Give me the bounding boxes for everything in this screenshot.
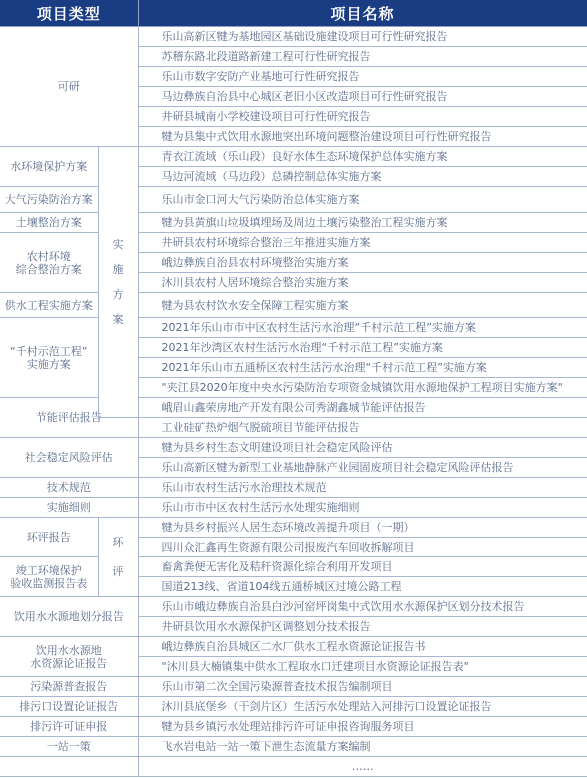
vertical-char: 评 xyxy=(113,565,124,578)
project-name: 马边河流域（马边段）总磷控制总体实施方案 xyxy=(138,167,587,187)
vertical-char: 案 xyxy=(113,313,124,326)
table-row: 排污许可证申报 犍为县乡镇污水处理站排污许可证申报咨询服务项目 xyxy=(0,717,587,737)
table-row: 社会稳定风险评估 犍为县乡村生态文明建设项目社会稳定风险评估 xyxy=(0,438,587,458)
table-row: 供水工程实施方案 犍为县农村饮水安全保障工程实施方案 xyxy=(0,293,587,318)
category-eia-report: 环评报告 xyxy=(0,518,98,557)
table-row: 可研 乐山高新区犍为基地园区基础设施建设项目可行性研究报告 xyxy=(0,27,587,47)
project-name: 飞水岩电站一站一策下泄生态流量方案编制 xyxy=(138,737,587,757)
table-row: 水环境保护方案 实 施 方 案 青衣江流域（乐山段）良好水体生态环境保护总体实施… xyxy=(0,147,587,167)
table-row: 环评报告 环 评 犍为县乡村振兴人居生态环境改善提升项目（一期） xyxy=(0,518,587,538)
category-label-line: 饮用水水源地 xyxy=(0,644,138,657)
project-name: 马边彝族自治县中心城区老旧小区改造项目可行性研究报告 xyxy=(138,87,587,107)
project-name: "夹江县2020年度中央水污染防治专项资金城镇饮用水源地保护工程项目实施方案" xyxy=(138,378,587,398)
category-water-resource-demonstration: 饮用水水源地 水资源论证报告 xyxy=(0,637,138,677)
category-feasibility: 可研 xyxy=(0,27,138,147)
category-label-line: “千村示范工程” xyxy=(0,345,98,358)
vertical-char: 施 xyxy=(113,263,124,276)
group-implementation-plan: 实 施 方 案 xyxy=(98,147,138,418)
header-project-name: 项目名称 xyxy=(138,0,587,27)
category-thousand-village: “千村示范工程” 实施方案 xyxy=(0,318,98,398)
project-name: 畜禽粪便无害化及秸秆资源化综合利用开发项目 xyxy=(138,557,587,577)
table-row: 农村环境 综合整治方案 井研县农村环境综合整治三年推进实施方案 xyxy=(0,233,587,253)
table-row: 一站一策 飞水岩电站一站一策下泄生态流量方案编制 xyxy=(0,737,587,757)
category-rural-environment: 农村环境 综合整治方案 xyxy=(0,233,98,293)
vertical-char: 实 xyxy=(113,238,124,251)
project-name: 乐山市第二次全国污染源普查技术报告编制项目 xyxy=(138,677,587,697)
project-name: 井研县城南小学校建设项目可行性研究报告 xyxy=(138,107,587,127)
project-name: 乐山高新区犍为新型工业基地静脉产业园固废项目社会稳定风险评估报告 xyxy=(138,458,587,478)
group-eia: 环 评 xyxy=(98,518,138,597)
project-name: 峨边彝族自治县农村环境整治实施方案 xyxy=(138,253,587,273)
project-name: 2021年沙湾区农村生活污水治理“千村示范工程”实施方案 xyxy=(138,338,587,358)
category-label-line: 水资源论证报告 xyxy=(0,657,138,670)
project-name: 苏稽东路北段道路新建工程可行性研究报告 xyxy=(138,47,587,67)
category-outfall-demonstration: 排污口设置论证报告 xyxy=(0,697,138,717)
category-energy-assessment: 节能评估报告 xyxy=(0,398,138,438)
table-row: “千村示范工程” 实施方案 2021年乐山市市中区农村生活污水治理“千村示范工程… xyxy=(0,318,587,338)
project-name: 井研县饮用水水源保护区调整划分技术报告 xyxy=(138,617,587,637)
project-name: 犍为县乡村振兴人居生态环境改善提升项目（一期） xyxy=(138,518,587,538)
project-name: 峨眉山鑫荣房地产开发有限公司秀湖鑫城节能评估报告 xyxy=(138,398,587,418)
project-name: 沐川县农村人居环境综合整治实施方案 xyxy=(138,273,587,293)
table-row: …… xyxy=(0,757,587,777)
table-row: 污染源普查报告 乐山市第二次全国污染源普查技术报告编制项目 xyxy=(0,677,587,697)
table-row: 节能评估报告 峨眉山鑫荣房地产开发有限公司秀湖鑫城节能评估报告 xyxy=(0,398,587,418)
more-ellipsis: …… xyxy=(138,757,587,777)
category-one-station-one-policy: 一站一策 xyxy=(0,737,138,757)
project-name: 2021年乐山市市中区农村生活污水治理“千村示范工程”实施方案 xyxy=(138,318,587,338)
project-name: 犍为县乡镇污水处理站排污许可证申报咨询服务项目 xyxy=(138,717,587,737)
project-name: 乐山市数字安防产业基地可行性研究报告 xyxy=(138,67,587,87)
vertical-char: 环 xyxy=(113,536,124,549)
category-social-risk: 社会稳定风险评估 xyxy=(0,438,138,478)
category-technical-spec: 技术规范 xyxy=(0,478,138,498)
project-name: 乐山市农村生活污水治理技术规范 xyxy=(138,478,587,498)
project-name: 乐山高新区犍为基地园区基础设施建设项目可行性研究报告 xyxy=(138,27,587,47)
project-name: 四川众汇鑫再生资源有限公司报废汽车回收拆解项目 xyxy=(138,538,587,557)
category-completion-acceptance: 竣工环境保护 验收监测报告表 xyxy=(0,557,98,597)
category-water-supply: 供水工程实施方案 xyxy=(0,293,98,318)
project-name: 乐山市市中区农村生活污水处理实施细则 xyxy=(138,498,587,518)
project-name: 犍为县黄旗山垃圾填埋场及周边土壤污染整治工程实施方案 xyxy=(138,213,587,233)
header-project-type: 项目类型 xyxy=(0,0,138,27)
category-empty xyxy=(0,757,138,777)
category-label-line: 综合整治方案 xyxy=(0,263,98,276)
table-row: 技术规范 乐山市农村生活污水治理技术规范 xyxy=(0,478,587,498)
table-row: 饮用水水源地划分报告 乐山市峨边彝族自治县白沙河窑坪岗集中式饮用水水源保护区划分… xyxy=(0,597,587,617)
category-pollution-census: 污染源普查报告 xyxy=(0,677,138,697)
project-name: 峨边彝族自治县城区二水厂供水工程水资源论证报告书 xyxy=(138,637,587,657)
project-name: 青衣江流域（乐山段）良好水体生态环境保护总体实施方案 xyxy=(138,147,587,167)
category-air-pollution: 大气污染防治方案 xyxy=(0,187,98,213)
project-name: 井研县农村环境综合整治三年推进实施方案 xyxy=(138,233,587,253)
project-name: "沐川县大楠镇集中供水工程取水口迁建项目水资源论证报告表" xyxy=(138,657,587,677)
category-water-environment: 水环境保护方案 xyxy=(0,147,98,187)
category-label-line: 实施方案 xyxy=(0,358,98,371)
project-name: 犍为县集中式饮用水源地突出环境问题整治建设项目可行性研究报告 xyxy=(138,127,587,147)
project-name: 乐山市峨边彝族自治县白沙河窑坪岗集中式饮用水水源保护区划分技术报告 xyxy=(138,597,587,617)
table-row: 实施细则 乐山市市中区农村生活污水处理实施细则 xyxy=(0,498,587,518)
table-row: 大气污染防治方案 乐山市金口河大气污染防治总体实施方案 xyxy=(0,187,587,213)
category-label-line: 竣工环境保护 xyxy=(0,564,98,577)
project-table: 项目类型 项目名称 可研 乐山高新区犍为基地园区基础设施建设项目可行性研究报告 … xyxy=(0,0,587,777)
project-name: 犍为县乡村生态文明建设项目社会稳定风险评估 xyxy=(138,438,587,458)
category-label-line: 农村环境 xyxy=(0,250,98,263)
category-discharge-permit: 排污许可证申报 xyxy=(0,717,138,737)
category-soil: 土壤整治方案 xyxy=(0,213,98,233)
project-name: 乐山市金口河大气污染防治总体实施方案 xyxy=(138,187,587,213)
table-row: 饮用水水源地 水资源论证报告 峨边彝族自治县城区二水厂供水工程水资源论证报告书 xyxy=(0,637,587,657)
project-name: 沐川县底堡乡（干剑片区）生活污水处理站入河排污口设置论证报告 xyxy=(138,697,587,717)
project-name: 工业硅矿热炉烟气脱硫项目节能评估报告 xyxy=(138,418,587,438)
vertical-char: 方 xyxy=(113,288,124,301)
header-row: 项目类型 项目名称 xyxy=(0,0,587,27)
table-row: 排污口设置论证报告 沐川县底堡乡（干剑片区）生活污水处理站入河排污口设置论证报告 xyxy=(0,697,587,717)
category-implementation-rules: 实施细则 xyxy=(0,498,138,518)
table-row: 竣工环境保护 验收监测报告表 畜禽粪便无害化及秸秆资源化综合利用开发项目 xyxy=(0,557,587,577)
project-name: 犍为县农村饮水安全保障工程实施方案 xyxy=(138,293,587,318)
table-row: 土壤整治方案 犍为县黄旗山垃圾填埋场及周边土壤污染整治工程实施方案 xyxy=(0,213,587,233)
category-label-line: 验收监测报告表 xyxy=(0,577,98,590)
category-water-source-division: 饮用水水源地划分报告 xyxy=(0,597,138,637)
project-name: 国道213线、省道104线五通桥城区过境公路工程 xyxy=(138,577,587,597)
project-name: 2021年乐山市五通桥区农村生活污水治理“千村示范工程”实施方案 xyxy=(138,358,587,378)
